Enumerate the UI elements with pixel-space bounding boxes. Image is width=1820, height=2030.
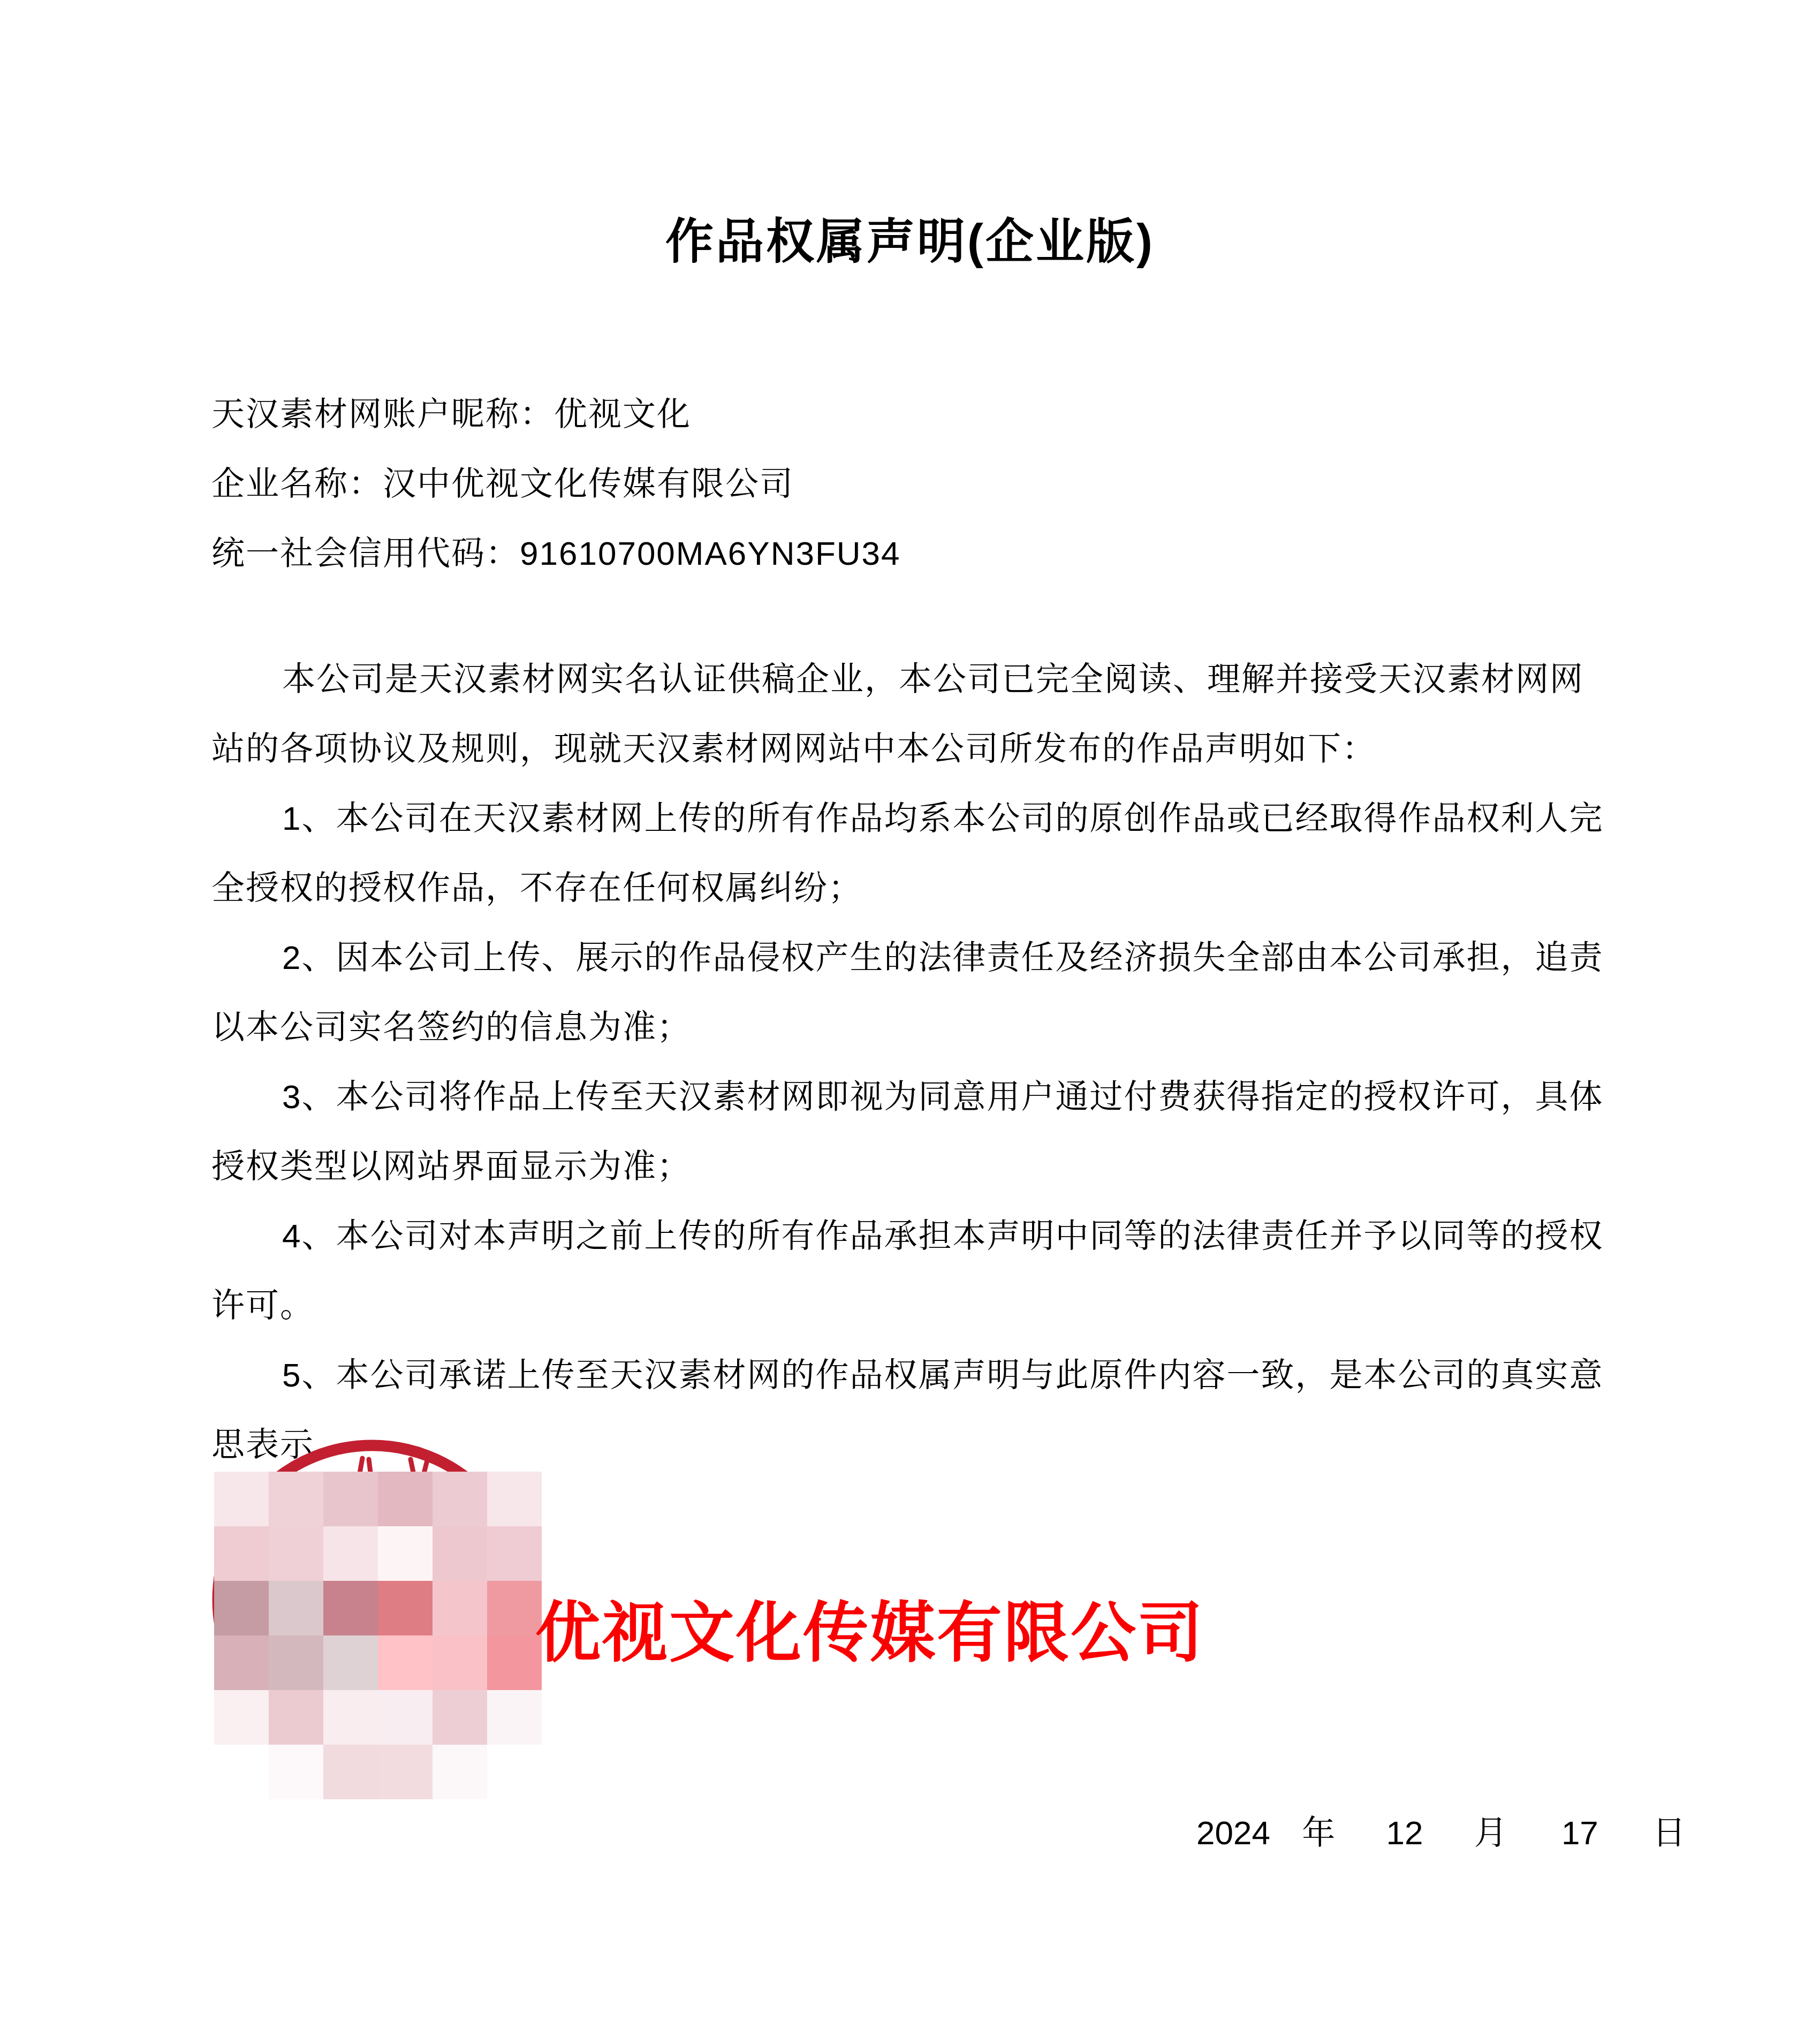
mosaic-cell: [487, 1690, 542, 1745]
censored-mosaic-overlay: [214, 1472, 542, 1799]
mosaic-cell: [323, 1526, 378, 1581]
mosaic-cell: [269, 1745, 323, 1799]
body-line: 授权类型以网站界面显示为准；: [211, 1132, 1625, 1202]
body-line: 站的各项协议及规则，现就天汉素材网网站中本公司所发布的作品声明如下：: [211, 715, 1625, 784]
company-info-block: 天汉素材网账户昵称：优视文化 企业名称：汉中优视文化传媒有限公司 统一社会信用代…: [211, 380, 1619, 589]
body-line: 本公司是天汉素材网实名认证供稿企业，本公司已完全阅读、理解并接受天汉素材网网: [211, 645, 1625, 715]
date-month: 12: [1386, 1799, 1423, 1868]
mosaic-cell: [487, 1526, 542, 1581]
mosaic-cell: [487, 1635, 542, 1690]
date-year: 2024: [1196, 1799, 1270, 1868]
date-line: 2024 年 12 月 17 日: [1196, 1799, 1686, 1868]
mosaic-cell: [433, 1690, 487, 1745]
mosaic-cell: [269, 1690, 323, 1745]
mosaic-cell: [433, 1472, 487, 1526]
mosaic-cell: [269, 1526, 323, 1581]
credit-code-line: 统一社会信用代码：91610700MA6YN3FU34: [211, 519, 1619, 589]
mosaic-cell: [433, 1635, 487, 1690]
mosaic-cell: [214, 1635, 269, 1690]
body-line: 全授权的授权作品，不存在任何权属纠纷；: [211, 854, 1625, 923]
date-day-unit: 日: [1652, 1799, 1686, 1868]
mosaic-cell: [323, 1745, 378, 1799]
mosaic-cell: [378, 1690, 433, 1745]
mosaic-cell: [323, 1690, 378, 1745]
mosaic-cell: [487, 1581, 542, 1635]
mosaic-cell: [378, 1745, 433, 1799]
body-line: 3、本公司将作品上传至天汉素材网即视为同意用户通过付费获得指定的授权许可，具体: [211, 1063, 1625, 1132]
document-title: 作品权属声明(企业版): [0, 202, 1820, 272]
mosaic-cell: [487, 1472, 542, 1526]
body-line: 许可。: [211, 1271, 1625, 1341]
date-year-unit: 年: [1302, 1799, 1335, 1868]
mosaic-cell: [378, 1472, 433, 1526]
company-name-line: 企业名称：汉中优视文化传媒有限公司: [211, 450, 1619, 519]
mosaic-cell: [214, 1690, 269, 1745]
company-signature-text: 优视文化传媒有限公司: [535, 1593, 1204, 1673]
mosaic-cell: [323, 1472, 378, 1526]
mosaic-cell: [378, 1581, 433, 1635]
mosaic-cell: [323, 1581, 378, 1635]
body-line: 以本公司实名签约的信息为准；: [211, 993, 1625, 1063]
mosaic-cell: [378, 1635, 433, 1690]
mosaic-cell: [214, 1581, 269, 1635]
mosaic-cell: [269, 1472, 323, 1526]
mosaic-cell: [214, 1526, 269, 1581]
body-line: 1、本公司在天汉素材网上传的所有作品均系本公司的原创作品或已经取得作品权利人完: [211, 784, 1625, 854]
document-page: 作品权属声明(企业版) 天汉素材网账户昵称：优视文化 企业名称：汉中优视文化传媒…: [0, 0, 1820, 2030]
account-nickname-line: 天汉素材网账户昵称：优视文化: [211, 380, 1619, 450]
date-month-unit: 月: [1474, 1799, 1507, 1868]
mosaic-cell: [433, 1526, 487, 1581]
mosaic-cell: [269, 1581, 323, 1635]
body-line: 4、本公司对本声明之前上传的所有作品承担本声明中同等的法律责任并予以同等的授权: [211, 1202, 1625, 1271]
mosaic-cell: [269, 1635, 323, 1690]
mosaic-cell: [214, 1472, 269, 1526]
mosaic-cell: [378, 1526, 433, 1581]
body-line: 5、本公司承诺上传至天汉素材网的作品权属声明与此原件内容一致，是本公司的真实意: [211, 1341, 1625, 1411]
mosaic-cell: [433, 1745, 487, 1799]
declaration-body: 本公司是天汉素材网实名认证供稿企业，本公司已完全阅读、理解并接受天汉素材网网 站…: [211, 645, 1625, 1480]
body-line: 2、因本公司上传、展示的作品侵权产生的法律责任及经济损失全部由本公司承担，追责: [211, 923, 1625, 993]
date-day: 17: [1561, 1799, 1598, 1868]
mosaic-cell: [323, 1635, 378, 1690]
mosaic-cell: [433, 1581, 487, 1635]
